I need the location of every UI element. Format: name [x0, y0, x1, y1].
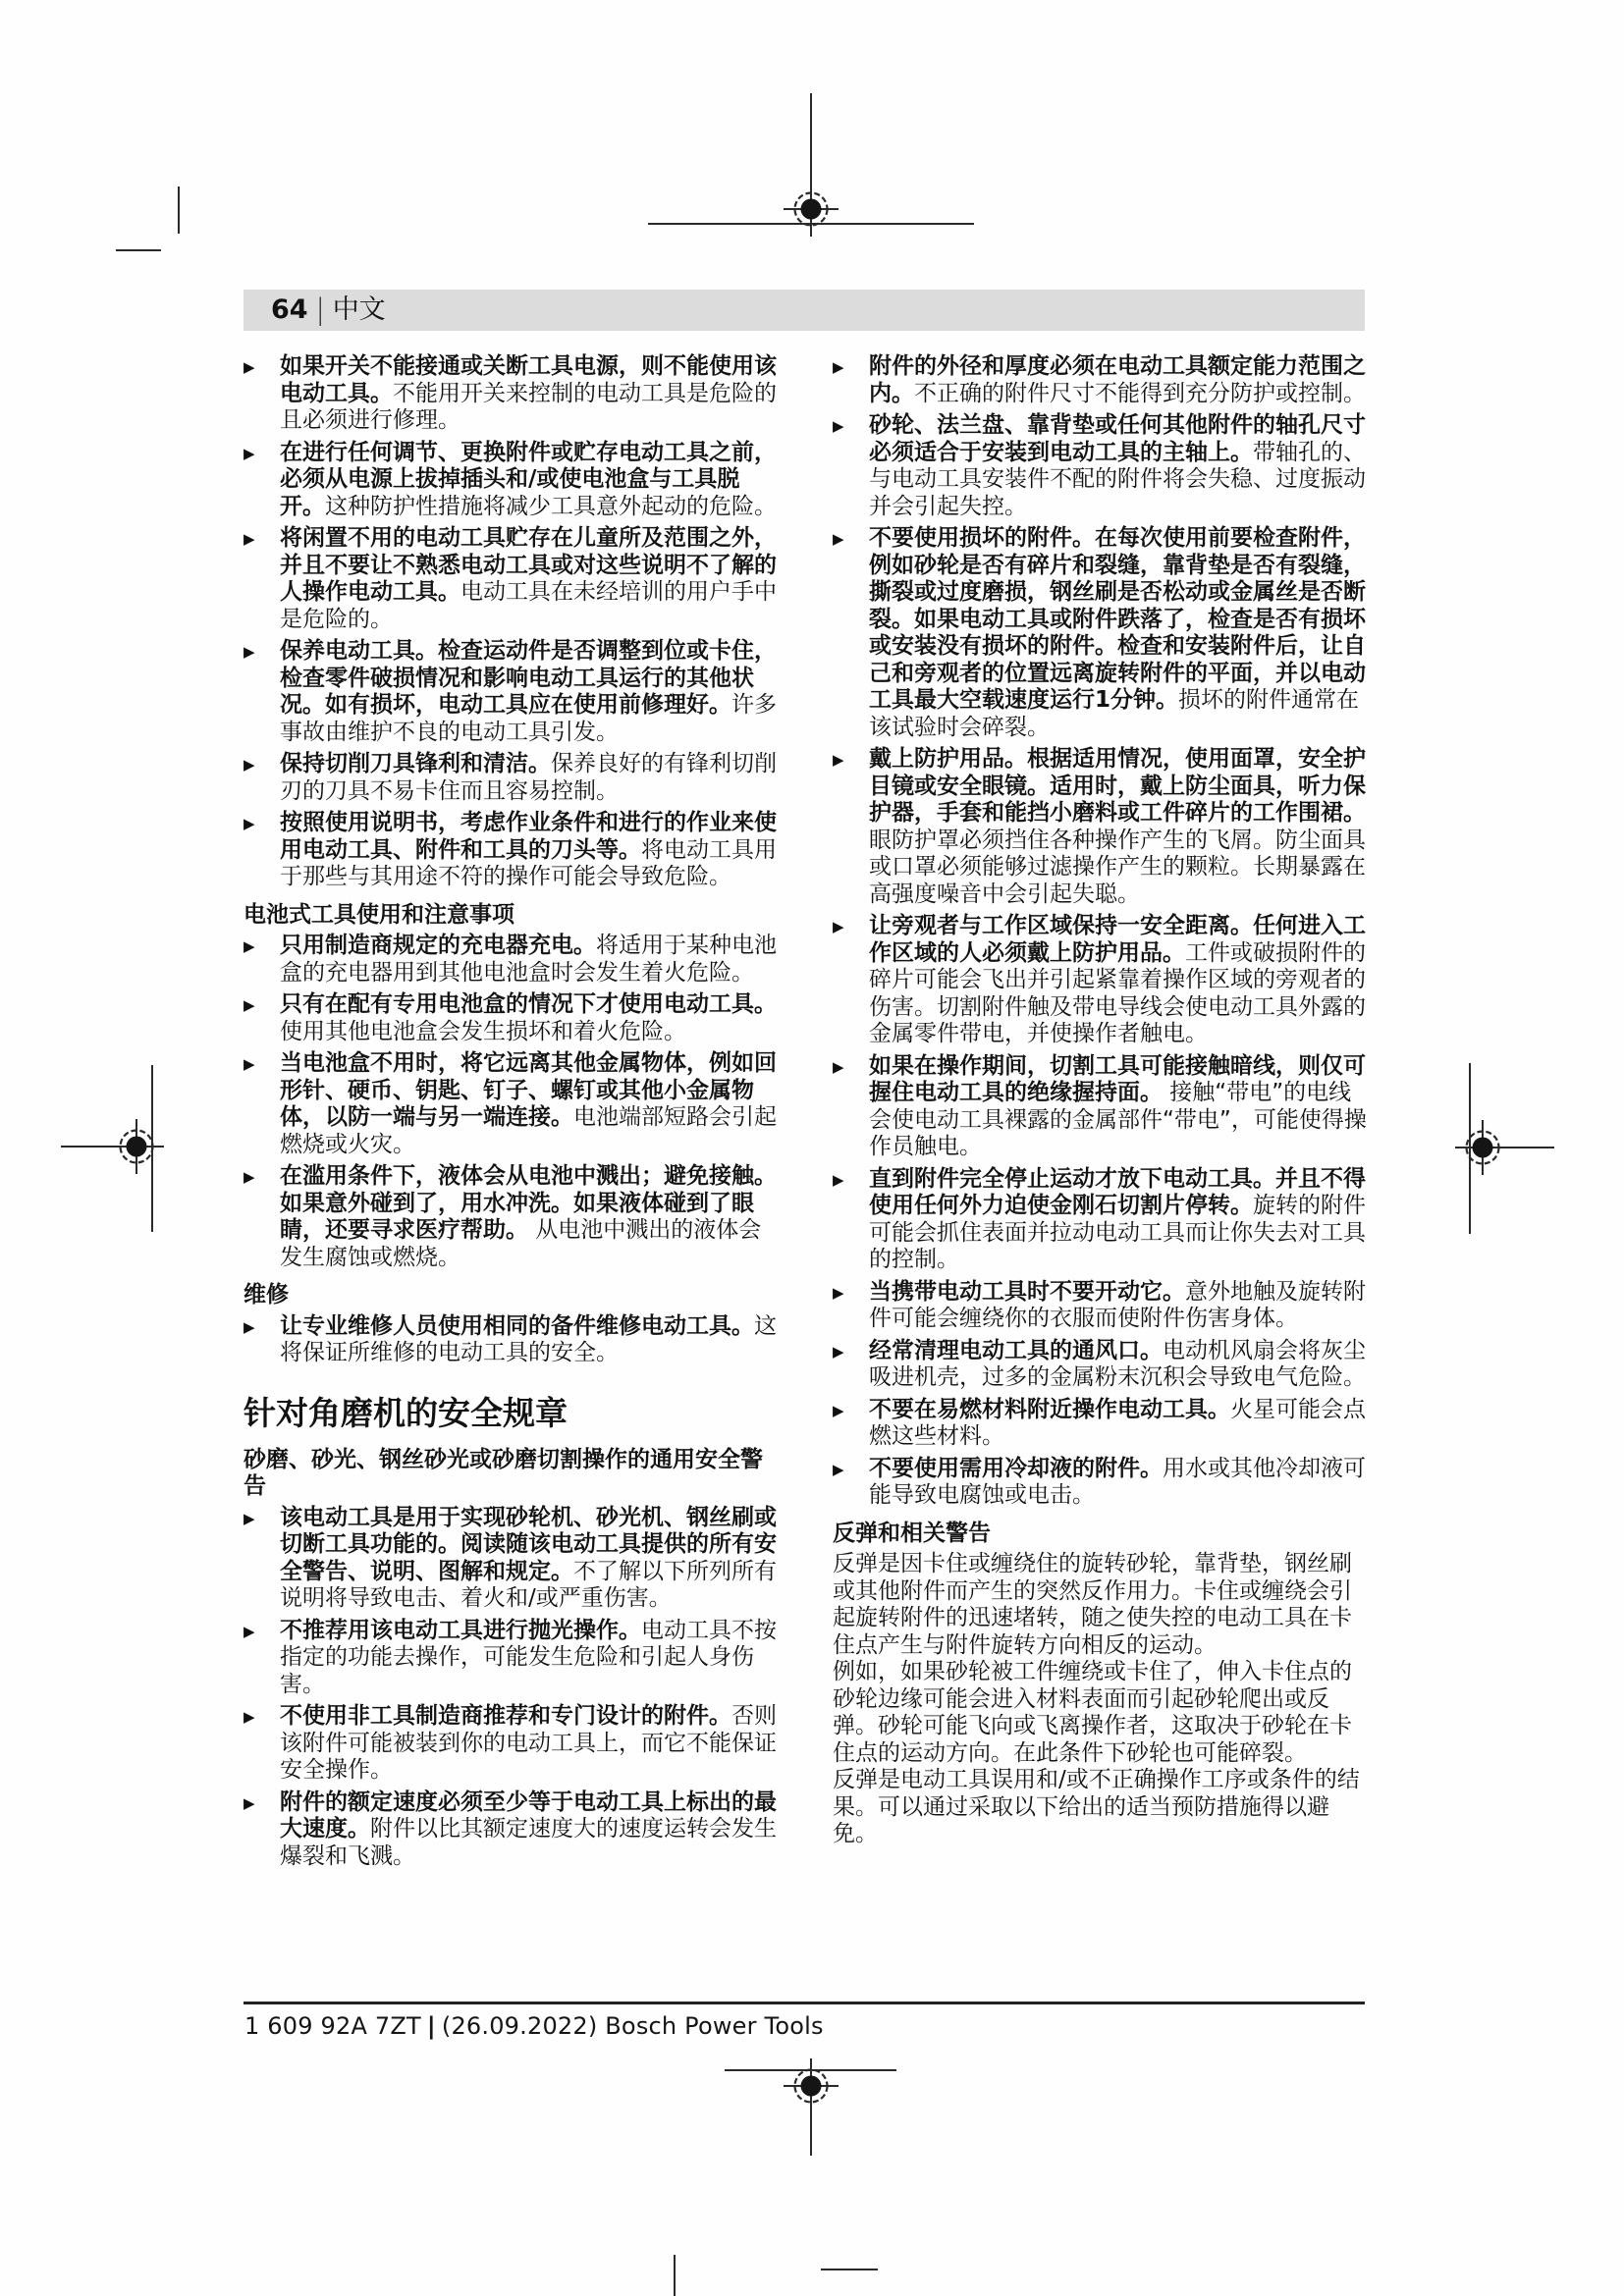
safety-bullet-item: ▶在滥用条件下，液体会从电池中溅出；避免接触。 如果意外碰到了，用水冲洗。如果液…: [244, 1163, 779, 1271]
bullet-text: 经常清理电动工具的通风口。电动机风扇会将灰尘吸进机壳，过多的金属粉末沉积会导致电…: [869, 1338, 1368, 1392]
page-footer: 1 609 92A 7ZT|(26.09.2022) Bosch Power T…: [244, 2012, 824, 2040]
bullet-triangle-icon: ▶: [833, 353, 869, 407]
safety-bullet-item: ▶该电动工具是用于实现砂轮机、砂光机、钢丝刷或切断工具功能的。阅读随该电动工具提…: [244, 1505, 779, 1613]
safety-bullet-item: ▶将闲置不用的电动工具贮存在儿童所及范围之外，并且不要让不熟悉电动工具或对这些说…: [244, 525, 779, 633]
bullet-lead-bold: 不使用非工具制造商推荐和专门设计的附件。: [280, 1703, 731, 1729]
bullet-body-text: 眼防护罩必须挡住各种操作产生的飞屑。防尘面具或口罩必须能够过滤操作产生的颗粒。长…: [869, 828, 1366, 907]
bullet-triangle-icon: ▶: [833, 1166, 869, 1274]
registration-target-icon: [784, 2058, 839, 2113]
footer-separator: |: [427, 2012, 436, 2040]
bullet-triangle-icon: ▶: [244, 638, 280, 746]
bullet-text: 不要在易燃材料附近操作电动工具。火星可能会点燃这些材料。: [869, 1397, 1368, 1451]
bullet-triangle-icon: ▶: [244, 440, 280, 521]
section-heading: 反弹和相关警告: [833, 1521, 1368, 1548]
safety-bullet-item: ▶直到附件完全停止运动才放下电动工具。并且不得使用任何外力迫使金刚石切割片停转。…: [833, 1166, 1368, 1274]
footer-date: (26.09.2022): [442, 2012, 598, 2040]
bullet-text: 按照使用说明书，考虑作业条件和进行的作业来使用电动工具、附件和工具的刀头等。将电…: [280, 810, 779, 891]
section-heading: 维修: [244, 1282, 779, 1309]
crop-mark-top-left-vertical: [178, 187, 180, 234]
bullet-triangle-icon: ▶: [833, 913, 869, 1048]
bullet-text: 如果开关不能接通或关断工具电源，则不能使用该电动工具。不能用开关来控制的电动工具…: [280, 353, 779, 435]
bullet-text: 直到附件完全停止运动才放下电动工具。并且不得使用任何外力迫使金刚石切割片停转。旋…: [869, 1166, 1368, 1274]
bullet-triangle-icon: ▶: [244, 353, 280, 435]
safety-bullet-item: ▶在进行任何调节、更换附件或贮存电动工具之前，必须从电源上拔掉插头和/或使电池盒…: [244, 440, 779, 521]
page-body: ▶如果开关不能接通或关断工具电源，则不能使用该电动工具。不能用开关来控制的电动工…: [244, 353, 1368, 1875]
safety-bullet-item: ▶附件的外径和厚度必须在电动工具额定能力范围之内。不正确的附件尺寸不能得到充分防…: [833, 353, 1368, 407]
bullet-text: 保持切削刀具锋利和清洁。保养良好的有锋利切削刃的刀具不易卡住而且容易控制。: [280, 751, 779, 805]
left-column: ▶如果开关不能接通或关断工具电源，则不能使用该电动工具。不能用开关来控制的电动工…: [244, 353, 779, 1875]
bullet-triangle-icon: ▶: [244, 751, 280, 805]
safety-bullet-item: ▶砂轮、法兰盘、靠背垫或任何其他附件的轴孔尺寸必须适合于安装到电动工具的主轴上。…: [833, 412, 1368, 520]
bullet-text: 如果在操作期间，切割工具可能接触暗线，则仅可握住电动工具的绝缘握持面。 接触“带…: [869, 1053, 1368, 1161]
safety-bullet-item: ▶按照使用说明书，考虑作业条件和进行的作业来使用电动工具、附件和工具的刀头等。将…: [244, 810, 779, 891]
bullet-lead-bold: 戴上防护用品。根据适用情况，使用面罩，安全护目镜或安全眼镜。适用时，戴上防尘面具…: [869, 746, 1366, 826]
bullet-body-text: 不正确的附件尺寸不能得到充分防护或控制。: [914, 381, 1366, 406]
bullet-text: 让专业维修人员使用相同的备件维修电动工具。这将保证所维修的电动工具的安全。: [280, 1313, 779, 1367]
safety-bullet-item: ▶当携带电动工具时不要开动它。意外地触及旋转附件可能会缠绕你的衣服而使附件伤害身…: [833, 1279, 1368, 1333]
safety-bullet-item: ▶保养电动工具。检查运动件是否调整到位或卡住，检查零件破损情况和影响电动工具运行…: [244, 638, 779, 746]
bullet-triangle-icon: ▶: [833, 1338, 869, 1392]
bullet-text: 只有在配有专用电池盒的情况下才使用电动工具。使用其他电池盒会发生损坏和着火危险。: [280, 991, 779, 1045]
page-language-label: 中文: [333, 290, 386, 331]
safety-bullet-item: ▶如果在操作期间，切割工具可能接触暗线，则仅可握住电动工具的绝缘握持面。 接触“…: [833, 1053, 1368, 1161]
crop-mark-top-left-horizontal: [116, 249, 161, 251]
bullet-triangle-icon: ▶: [244, 1050, 280, 1158]
bullet-triangle-icon: ▶: [833, 525, 869, 741]
registration-target-icon: [109, 1119, 164, 1174]
bullet-lead-bold: 经常清理电动工具的通风口。: [869, 1338, 1163, 1363]
bullet-text: 只用制造商规定的充电器充电。将适用于某种电池盒的充电器用到其他电池盒时会发生着火…: [280, 933, 779, 987]
bullet-triangle-icon: ▶: [244, 933, 280, 987]
safety-bullet-item: ▶当电池盒不用时，将它远离其他金属物体，例如回形针、硬币、钥匙、钉子、螺钉或其他…: [244, 1050, 779, 1158]
safety-bullet-item: ▶不要使用需用冷却液的附件。用水或其他冷却液可能导致电腐蚀或电击。: [833, 1456, 1368, 1510]
bullet-lead-bold: 保养电动工具。检查运动件是否调整到位或卡住，检查零件破损情况和影响电动工具运行的…: [280, 638, 777, 718]
body-paragraph: 反弹是因卡住或缠绕住的旋转砂轮，靠背垫，钢丝刷或其他附件而产生的突然反作用力。卡…: [833, 1551, 1368, 1659]
bullet-text: 不要使用损坏的附件。在每次使用前要检查附件，例如砂轮是否有碎片和裂缝，靠背垫是否…: [869, 525, 1368, 741]
safety-bullet-item: ▶不推荐用该电动工具进行抛光操作。电动工具不按指定的功能去操作，可能发生危险和引…: [244, 1618, 779, 1699]
bullet-text: 在进行任何调节、更换附件或贮存电动工具之前，必须从电源上拔掉插头和/或使电池盒与…: [280, 440, 779, 521]
body-paragraph: 反弹是电动工具误用和/或不正确操作工序或条件的结果。可以通过采取以下给出的适当预…: [833, 1767, 1368, 1848]
bullet-text: 附件的额定速度必须至少等于电动工具上标出的最大速度。附件以比其额定速度大的速度运…: [280, 1789, 779, 1871]
bullet-triangle-icon: ▶: [244, 1163, 280, 1271]
body-paragraph: 例如，如果砂轮被工件缠绕或卡住了，伸入卡住点的砂轮边缘可能会进入材料表面而引起砂…: [833, 1659, 1368, 1767]
header-separator: |: [316, 288, 325, 333]
crop-mark-bottom-partial-vertical: [674, 2255, 676, 2296]
subsection-heading: 砂磨、砂光、钢丝砂光或砂磨切割操作的通用安全警告: [244, 1447, 779, 1501]
bullet-lead-bold: 不推荐用该电动工具进行抛光操作。: [280, 1618, 641, 1643]
bullet-triangle-icon: ▶: [244, 1789, 280, 1871]
bullet-triangle-icon: ▶: [833, 1456, 869, 1510]
scanned-manual-page: { "colors": { "header_bar_bg": "#dcdcdc"…: [0, 0, 1624, 2296]
bullet-text: 在滥用条件下，液体会从电池中溅出；避免接触。 如果意外碰到了，用水冲洗。如果液体…: [280, 1163, 779, 1271]
footer-divider: [244, 2002, 1365, 2004]
bullet-triangle-icon: ▶: [833, 746, 869, 908]
bullet-triangle-icon: ▶: [244, 810, 280, 891]
bullet-triangle-icon: ▶: [244, 1703, 280, 1785]
safety-bullet-item: ▶不使用非工具制造商推荐和专门设计的附件。否则该附件可能被装到你的电动工具上，而…: [244, 1703, 779, 1785]
bullet-text: 让旁观者与工作区域保持一安全距离。任何进入工作区域的人必须戴上防护用品。工件或破…: [869, 913, 1368, 1048]
footer-part-number: 1 609 92A 7ZT: [244, 2012, 421, 2040]
bullet-text: 当携带电动工具时不要开动它。意外地触及旋转附件可能会缠绕你的衣服而使附件伤害身体…: [869, 1279, 1368, 1333]
bullet-text: 戴上防护用品。根据适用情况，使用面罩，安全护目镜或安全眼镜。适用时，戴上防尘面具…: [869, 746, 1368, 908]
bullet-text: 当电池盒不用时，将它远离其他金属物体，例如回形针、硬币、钥匙、钉子、螺钉或其他小…: [280, 1050, 779, 1158]
safety-bullet-item: ▶附件的额定速度必须至少等于电动工具上标出的最大速度。附件以比其额定速度大的速度…: [244, 1789, 779, 1871]
bullet-lead-bold: 保持切削刀具锋利和清洁。: [280, 751, 551, 776]
bullet-text: 该电动工具是用于实现砂轮机、砂光机、钢丝刷或切断工具功能的。阅读随该电动工具提供…: [280, 1505, 779, 1613]
section-heading: 电池式工具使用和注意事项: [244, 902, 779, 930]
bullet-text: 不使用非工具制造商推荐和专门设计的附件。否则该附件可能被装到你的电动工具上，而它…: [280, 1703, 779, 1785]
safety-bullet-item: ▶让专业维修人员使用相同的备件维修电动工具。这将保证所维修的电动工具的安全。: [244, 1313, 779, 1367]
page-number: 64: [271, 290, 308, 331]
bullet-triangle-icon: ▶: [244, 1505, 280, 1613]
bullet-text: 附件的外径和厚度必须在电动工具额定能力范围之内。不正确的附件尺寸不能得到充分防护…: [869, 353, 1368, 407]
bullet-text: 将闲置不用的电动工具贮存在儿童所及范围之外，并且不要让不熟悉电动工具或对这些说明…: [280, 525, 779, 633]
safety-bullet-item: ▶让旁观者与工作区域保持一安全距离。任何进入工作区域的人必须戴上防护用品。工件或…: [833, 913, 1368, 1048]
bullet-lead-bold: 当携带电动工具时不要开动它。: [869, 1279, 1185, 1305]
bullet-text: 不要使用需用冷却液的附件。用水或其他冷却液可能导致电腐蚀或电击。: [869, 1456, 1368, 1510]
bullet-triangle-icon: ▶: [244, 1313, 280, 1367]
bullet-triangle-icon: ▶: [833, 1279, 869, 1333]
chapter-title: 针对角磨机的安全规章: [244, 1394, 779, 1433]
bullet-triangle-icon: ▶: [244, 991, 280, 1045]
registration-target-icon: [784, 182, 839, 237]
safety-bullet-item: ▶戴上防护用品。根据适用情况，使用面罩，安全护目镜或安全眼镜。适用时，戴上防尘面…: [833, 746, 1368, 908]
bullet-triangle-icon: ▶: [244, 525, 280, 633]
right-column: ▶附件的外径和厚度必须在电动工具额定能力范围之内。不正确的附件尺寸不能得到充分防…: [833, 353, 1368, 1875]
safety-bullet-item: ▶不要在易燃材料附近操作电动工具。火星可能会点燃这些材料。: [833, 1397, 1368, 1451]
bullet-lead-bold: 不要使用损坏的附件。在每次使用前要检查附件，例如砂轮是否有碎片和裂缝，靠背垫是否…: [869, 525, 1366, 713]
registration-target-icon: [1455, 1120, 1510, 1175]
bullet-body-text: 使用其他电池盒会发生损坏和着火危险。: [280, 1019, 686, 1044]
bullet-triangle-icon: ▶: [833, 1053, 869, 1161]
safety-bullet-item: ▶只用制造商规定的充电器充电。将适用于某种电池盒的充电器用到其他电池盒时会发生着…: [244, 933, 779, 987]
bullet-triangle-icon: ▶: [833, 412, 869, 520]
crop-mark-bottom-partial-horizontal: [821, 2269, 878, 2270]
safety-bullet-item: ▶经常清理电动工具的通风口。电动机风扇会将灰尘吸进机壳，过多的金属粉末沉积会导致…: [833, 1338, 1368, 1392]
safety-bullet-item: ▶不要使用损坏的附件。在每次使用前要检查附件，例如砂轮是否有碎片和裂缝，靠背垫是…: [833, 525, 1368, 741]
bullet-text: 保养电动工具。检查运动件是否调整到位或卡住，检查零件破损情况和影响电动工具运行的…: [280, 638, 779, 746]
bullet-lead-bold: 不要使用需用冷却液的附件。: [869, 1456, 1163, 1481]
bullet-lead-bold: 不要在易燃材料附近操作电动工具。: [869, 1397, 1230, 1422]
bullet-text: 不推荐用该电动工具进行抛光操作。电动工具不按指定的功能去操作，可能发生危险和引起…: [280, 1618, 779, 1699]
bullet-lead-bold: 只有在配有专用电池盒的情况下才使用电动工具。: [280, 991, 777, 1017]
bullet-text: 砂轮、法兰盘、靠背垫或任何其他附件的轴孔尺寸必须适合于安装到电动工具的主轴上。带…: [869, 412, 1368, 520]
page-header: 64 | 中文: [244, 290, 1365, 331]
bullet-lead-bold: 只用制造商规定的充电器充电。: [280, 933, 596, 958]
safety-bullet-item: ▶只有在配有专用电池盒的情况下才使用电动工具。使用其他电池盒会发生损坏和着火危险…: [244, 991, 779, 1045]
bullet-triangle-icon: ▶: [833, 1397, 869, 1451]
bullet-body-text: 这种防护性措施将减少工具意外起动的危险。: [325, 494, 777, 519]
footer-brand: Bosch Power Tools: [605, 2012, 823, 2040]
safety-bullet-item: ▶如果开关不能接通或关断工具电源，则不能使用该电动工具。不能用开关来控制的电动工…: [244, 353, 779, 435]
bullet-lead-bold: 让专业维修人员使用相同的备件维修电动工具。: [280, 1313, 754, 1339]
safety-bullet-item: ▶保持切削刀具锋利和清洁。保养良好的有锋利切削刃的刀具不易卡住而且容易控制。: [244, 751, 779, 805]
bullet-triangle-icon: ▶: [244, 1618, 280, 1699]
